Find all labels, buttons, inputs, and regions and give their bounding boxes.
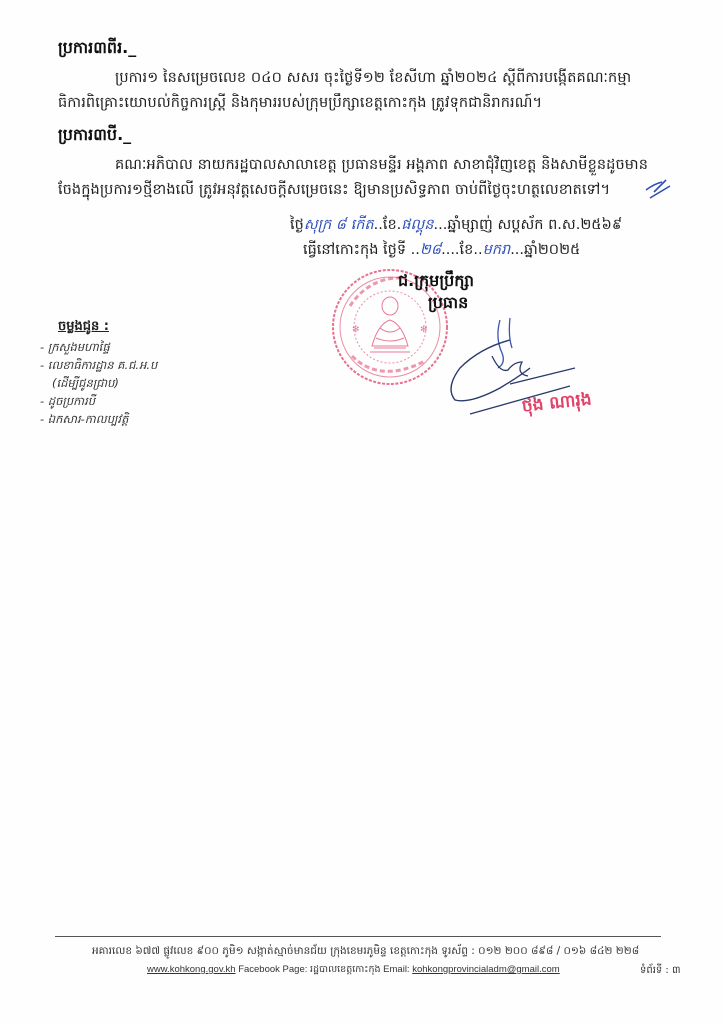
cc-title: ចម្លងជូន : [58,318,109,337]
cc-item: - ក្រសួងមហាផ្ទៃ [40,340,110,357]
facebook-value: រដ្ឋបាលខេត្តកោះកុង [310,964,381,975]
lunar-month-handwritten: ផល្គុន [401,217,433,233]
page-number: ទំព័រទី : ៣ [640,963,681,978]
footer-contact-line: www.kohkong.gov.kh Facebook Page: រដ្ឋបា… [147,963,560,977]
month-label: ខែ [460,242,474,258]
lunar-year: ឆ្នាំម្សាញ់ សប្តស័ក ព.ស.២៥៦៩ [447,217,622,233]
article-3-line-2: ចែងក្នុងប្រការ១ថ្មីខាងលើ ត្រូវអនុវត្តសេច… [58,180,610,200]
svg-text:✻: ✻ [352,325,360,335]
lunar-date-prefix: ថ្ងៃ [290,217,304,233]
day-handwritten: ២៨ [420,242,441,258]
place-date-line: ធ្វើនៅកោះកុង ថ្ងៃទី ..២៨....ខែ..មករា...ឆ… [303,240,580,260]
council-label: ជ.ក្រុមប្រឹក្សា [398,270,474,292]
facebook-label: Facebook Page: [238,964,307,975]
document-page: ប្រការ៣ពីរ._ ប្រការ១ នៃសម្រេចលេខ ០៤០ សសរ… [0,0,724,1024]
article-3-line-1: គណៈអភិបាល នាយករដ្ឋបាលសាលាខេត្ត ប្រធានមន្… [115,155,648,175]
website-link[interactable]: www.kohkong.gov.kh [147,964,236,975]
cc-item: - ឯកសារ-កាលប្បវត្តិ [40,412,128,429]
article-3-heading: ប្រការ៣បី._ [58,125,131,145]
article-2-line-2: ធិការពិគ្រោះយោបល់កិច្ចការស្ត្រី និងកុមារ… [58,93,542,113]
cc-item: - ដូចប្រការបី [40,394,95,411]
article-2-line-1: ប្រការ១ នៃសម្រេចលេខ ០៤០ សសរ ចុះថ្ងៃទី១២ … [115,68,631,88]
place-date-prefix: ធ្វើនៅកោះកុង ថ្ងៃទី [303,242,406,258]
lunar-date-line: ថ្ងៃសុក្រ ៨ កើត..ខែ.ផល្គុន...ឆ្នាំម្សាញ់… [290,215,622,235]
article-2-heading: ប្រការ៣ពីរ._ [58,38,136,58]
chairman-title: ប្រធាន [428,292,468,314]
lunar-month-label: ខែ [383,217,397,233]
email-label: Email: [383,964,409,975]
month-handwritten: មករា [483,242,511,258]
year: ឆ្នាំ២០២៥ [524,242,580,258]
initial-mark-icon [640,178,680,218]
cc-item: - លេខាធិការដ្ឋាន គ.ជ.អ.ប [40,358,157,375]
lunar-day-handwritten: សុក្រ ៨ កើត [304,217,374,233]
email-link[interactable]: kohkongprovincialadm@gmail.com [412,964,559,975]
footer-divider [55,936,661,937]
footer-address: អគារលេខ ៦៧៧ ផ្លូវលេខ ៩០០ ភូមិ១ សង្កាត់ស្… [92,945,639,960]
cc-item: (ដើម្បីជូនជ្រាប) [52,376,119,393]
